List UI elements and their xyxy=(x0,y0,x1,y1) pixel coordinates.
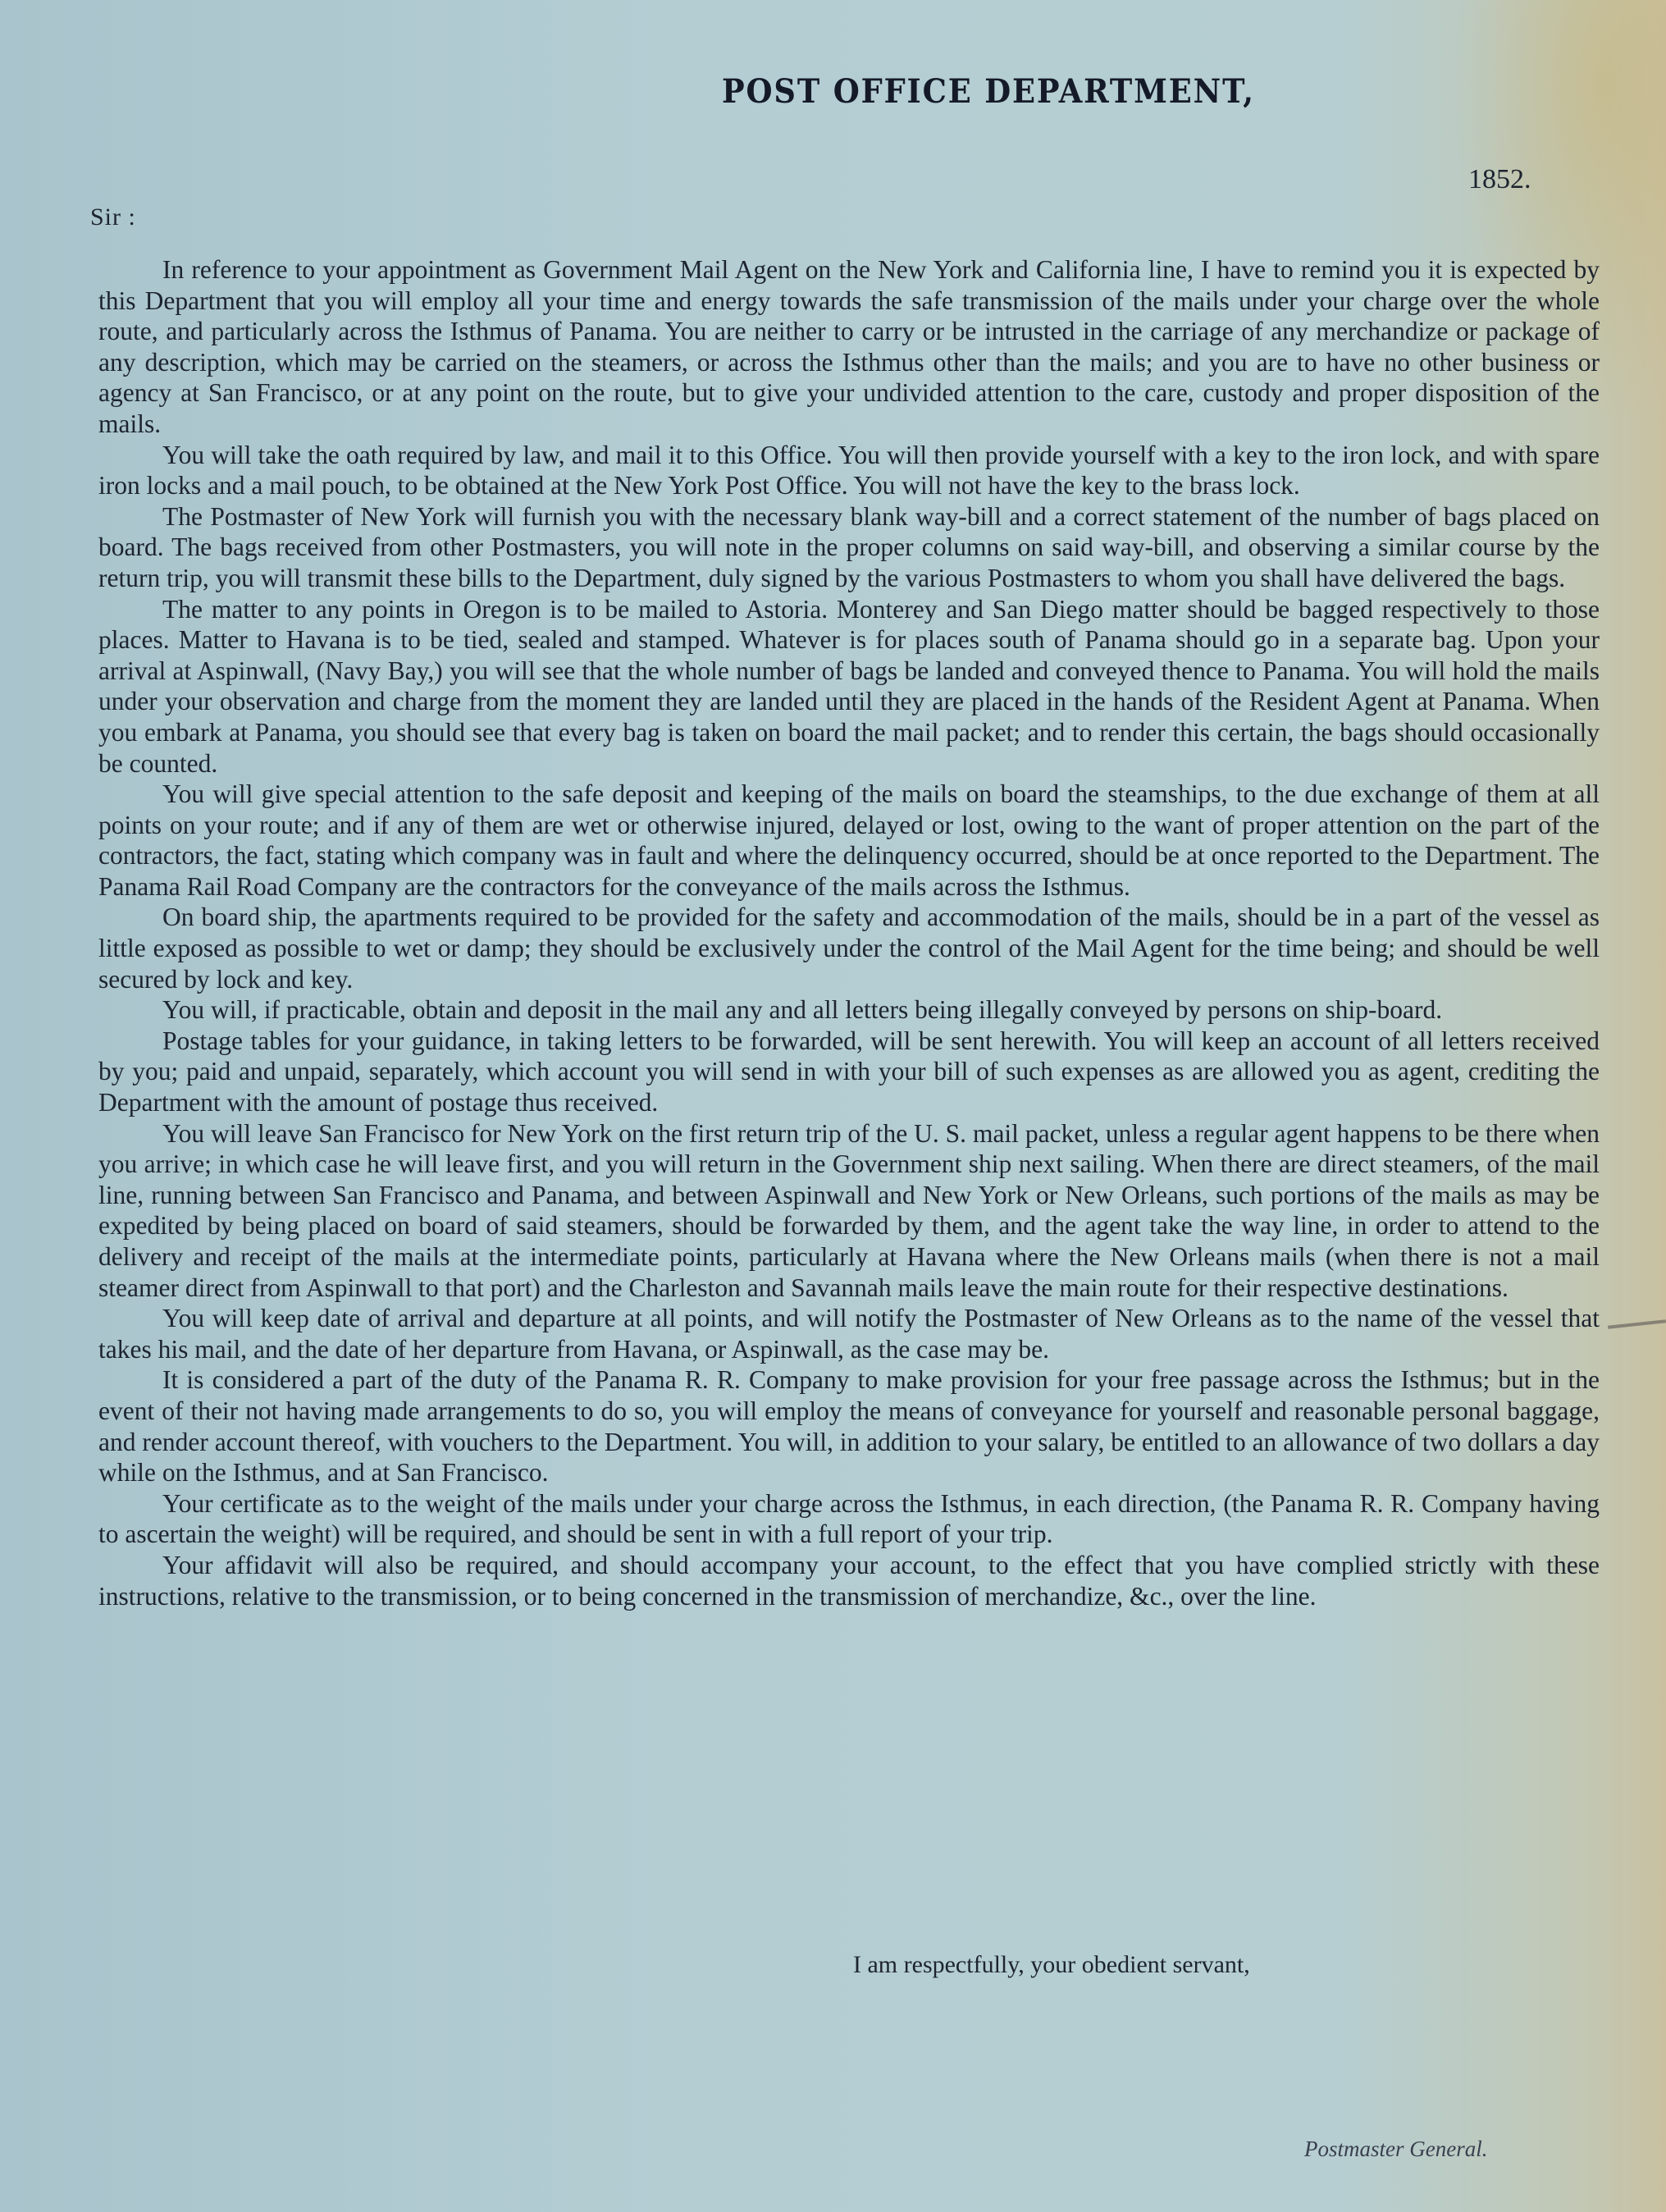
paragraph: You will give special attention to the s… xyxy=(98,779,1600,902)
paragraph: Your certificate as to the weight of the… xyxy=(98,1488,1600,1550)
paragraph: The Postmaster of New York will furnish … xyxy=(98,501,1600,594)
paragraph: In reference to your appointment as Gove… xyxy=(98,254,1600,440)
paragraph: You will, if practicable, obtain and dep… xyxy=(98,994,1600,1026)
paragraph: Your affidavit will also be required, an… xyxy=(98,1550,1600,1611)
paragraph: On board ship, the apartments required t… xyxy=(98,902,1600,994)
paragraph: The matter to any points in Oregon is to… xyxy=(98,594,1600,779)
letterhead-title: POST OFFICE DEPARTMENT, xyxy=(722,72,1255,111)
letter-body: In reference to your appointment as Gove… xyxy=(98,254,1600,1611)
signature: Postmaster General. xyxy=(1304,2137,1487,2162)
letter-date: 1852. xyxy=(1468,164,1531,195)
closing-line: I am respectfully, your obedient servant… xyxy=(853,1951,1250,1979)
paragraph: It is considered a part of the duty of t… xyxy=(98,1364,1600,1488)
paper-crease xyxy=(1608,1319,1666,1328)
paragraph: You will keep date of arrival and depart… xyxy=(98,1303,1600,1364)
salutation: Sir : xyxy=(90,203,136,231)
paragraph: You will leave San Francisco for New Yor… xyxy=(98,1118,1600,1304)
paragraph: Postage tables for your guidance, in tak… xyxy=(98,1026,1600,1118)
paragraph: You will take the oath required by law, … xyxy=(98,440,1600,501)
